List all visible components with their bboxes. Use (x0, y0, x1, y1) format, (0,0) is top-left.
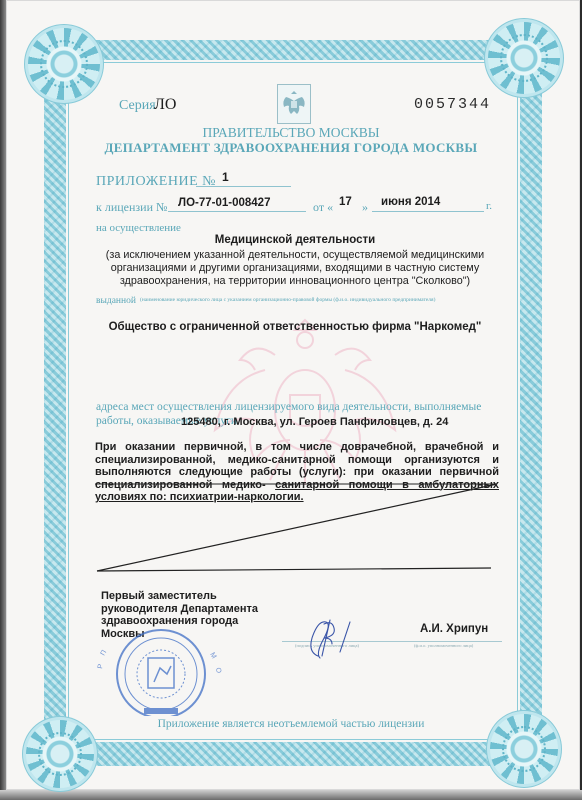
handwritten-signature-icon (302, 614, 362, 662)
blank-space-strike-lines (0, 0, 582, 800)
signatory-name-line (402, 641, 502, 642)
official-stamp-seal-icon: П Р М О (92, 624, 230, 716)
svg-text:Р: Р (97, 663, 105, 669)
svg-text:О: О (214, 667, 222, 674)
signatory-name: А.И. Хрипун (420, 623, 488, 635)
footer-note: Приложение является неотъемлемой частью … (0, 718, 582, 730)
signatory-title-line: руководителя Департамента (101, 603, 258, 616)
signatory-title-line: Первый заместитель (101, 590, 258, 603)
signatory-name-hint: (ф.и.о. уполномоченного лица) (414, 643, 473, 648)
svg-text:П: П (100, 649, 109, 657)
svg-text:М: М (208, 652, 217, 661)
